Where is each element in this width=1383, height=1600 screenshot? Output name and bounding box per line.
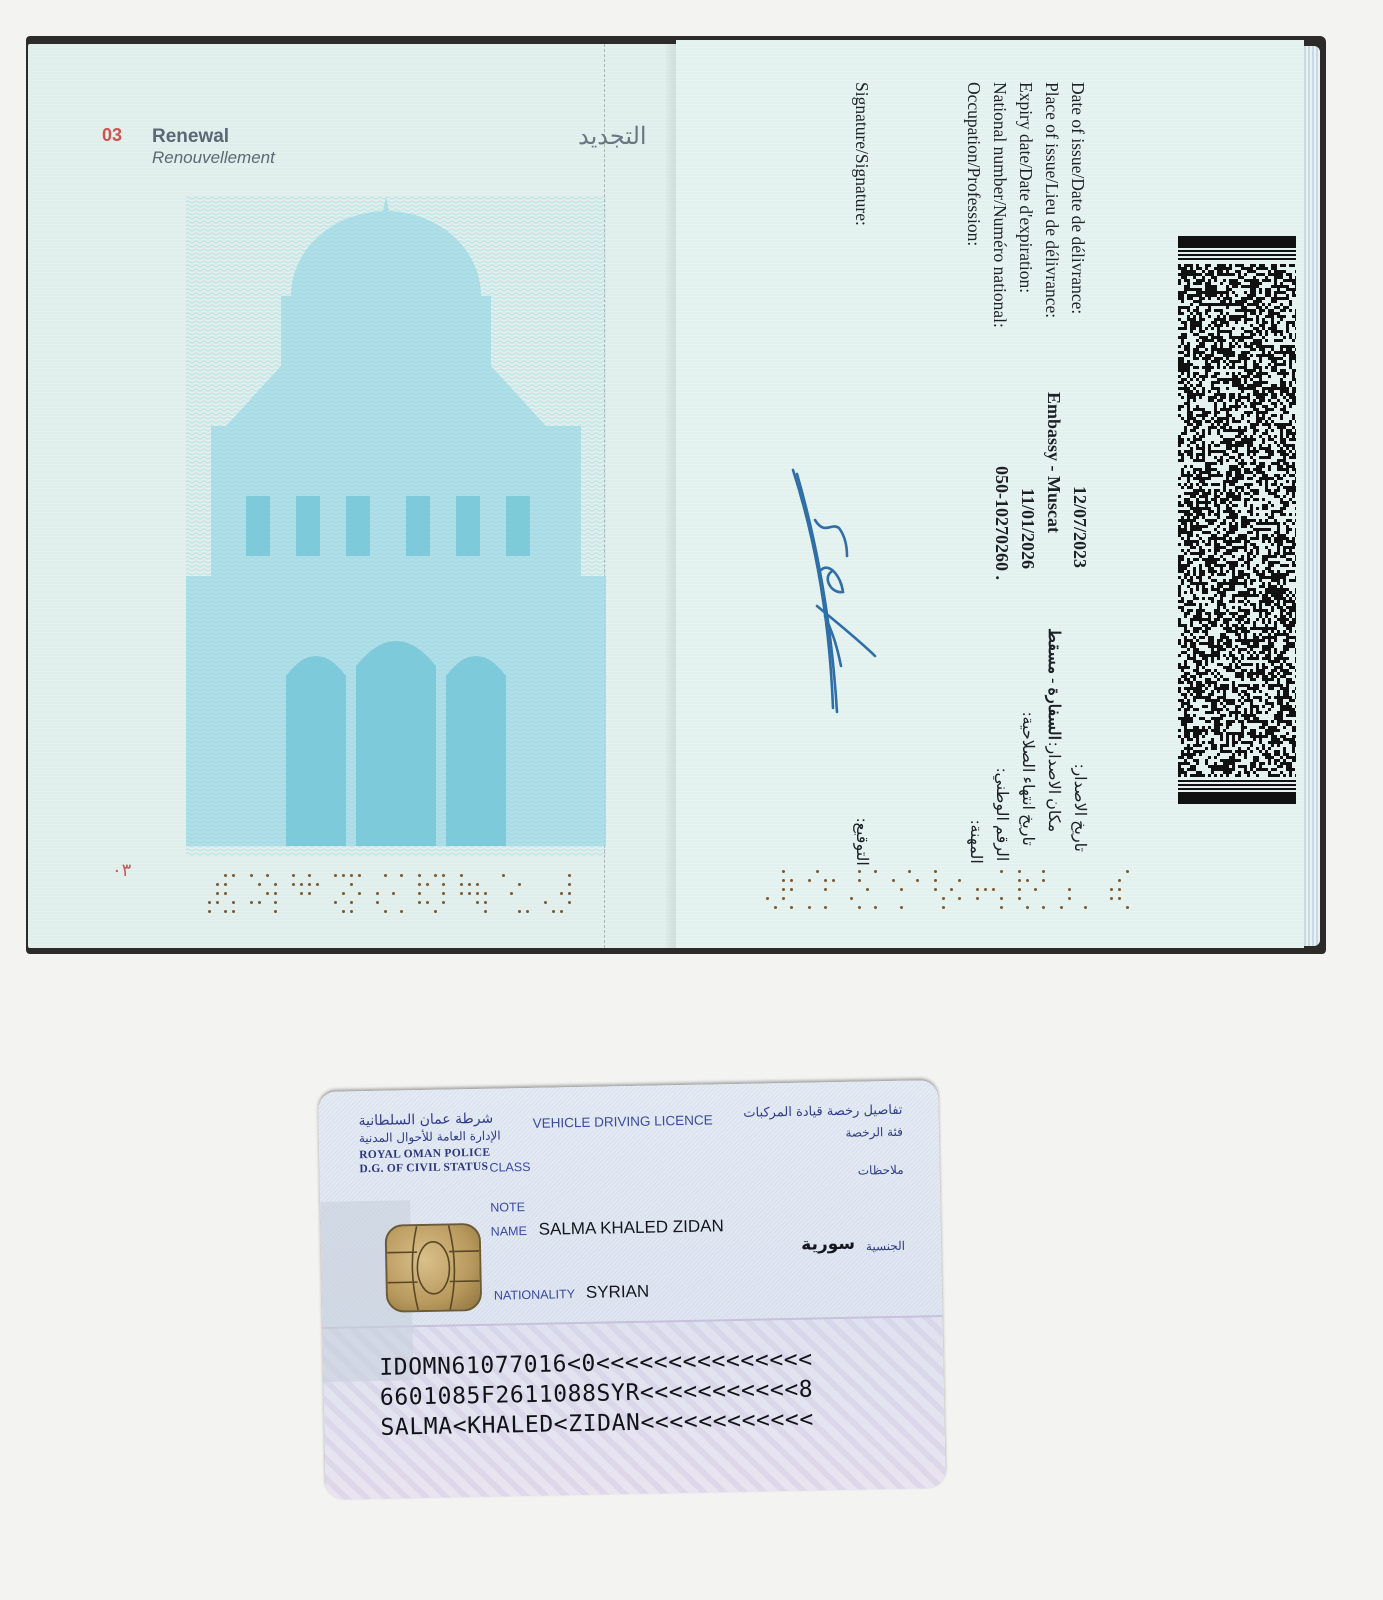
holder-name: SALMA KHALED ZIDAN bbox=[538, 1216, 724, 1240]
machine-readable-zone: IDOMN61077016<0<<<<<<<<<<<<<<< 6601085F2… bbox=[379, 1345, 814, 1443]
authority-department: D.G. OF CIVIL STATUS bbox=[359, 1161, 488, 1175]
field-label-occupation-arabic: المهنة: bbox=[966, 820, 986, 864]
class-label: CLASS bbox=[489, 1160, 530, 1175]
field-value-national-number: 050-10270260 . bbox=[991, 466, 1012, 580]
card-title: VEHICLE DRIVING LICENCE bbox=[532, 1112, 712, 1130]
signature-label-arabic: التوقيع: bbox=[852, 818, 872, 866]
page-title: Renewal bbox=[152, 126, 229, 148]
passport-renewal-spread: 03 Renewal Renouvellement التجديد ٠٣ bbox=[26, 36, 1326, 956]
field-label-expiry-date-arabic: تاريخ انتهاء الصلاحية: bbox=[1018, 712, 1038, 846]
field-value-place-of-issue-arabic: السفارة - مسقط bbox=[1044, 628, 1064, 740]
authority-name-arabic: شرطة عمان السلطانية bbox=[358, 1111, 493, 1130]
field-value-place-of-issue: Embassy - Muscat bbox=[1043, 392, 1064, 533]
perforated-serial-right bbox=[766, 870, 1134, 910]
field-label-occupation: Occupation/Profession: bbox=[963, 82, 984, 246]
nationality-label: NATIONALITY bbox=[494, 1287, 575, 1303]
class-label-arabic: فئة الرخصة bbox=[845, 1125, 903, 1140]
page-subtitle: Renouvellement bbox=[152, 148, 275, 168]
page-title-arabic: التجديد bbox=[578, 122, 647, 151]
field-value-expiry-date: 11/01/2026 bbox=[1017, 488, 1038, 569]
nationality-value: SYRIAN bbox=[586, 1282, 650, 1303]
holder-signature bbox=[781, 466, 891, 716]
authority-name: ROYAL OMAN POLICE bbox=[359, 1147, 490, 1162]
field-label-date-of-issue: Date of issue/Date de délivrance: bbox=[1067, 82, 1088, 314]
page-number: 03 bbox=[102, 125, 122, 146]
pdf417-barcode bbox=[1178, 236, 1296, 804]
field-label-date-of-issue-arabic: تاريخ الاصدار: bbox=[1070, 764, 1090, 852]
field-value-date-of-issue: 12/07/2023 bbox=[1069, 486, 1090, 568]
field-label-place-of-issue: Place of issue/Lieu de délivrance: bbox=[1041, 82, 1062, 318]
card-title-arabic: تفاصيل رخصة قيادة المركبات bbox=[743, 1103, 902, 1121]
page-edges bbox=[1304, 46, 1320, 946]
field-label-national-number-arabic: الرقم الوطني: bbox=[992, 768, 1012, 861]
note-label: NOTE bbox=[490, 1200, 525, 1215]
field-label-national-number: National number/Numéro national: bbox=[989, 82, 1010, 328]
smart-chip-icon bbox=[385, 1223, 483, 1313]
mosque-watermark-illustration bbox=[186, 196, 606, 856]
signature-label: Signature/Signature: bbox=[851, 82, 872, 226]
nationality-value-arabic: سورية bbox=[801, 1234, 855, 1255]
perforated-serial-left bbox=[208, 874, 576, 914]
field-label-place-of-issue-arabic: مكان الاصدار: bbox=[1044, 742, 1064, 832]
name-label: NAME bbox=[491, 1224, 527, 1239]
nationality-label-arabic: الجنسية bbox=[866, 1239, 905, 1254]
driving-licence-card: شرطة عمان السلطانية الإدارة العامة للأحو… bbox=[318, 1080, 946, 1500]
note-label-arabic: ملاحظات bbox=[858, 1163, 904, 1178]
field-label-expiry-date: Expiry date/Date d'expiration: bbox=[1015, 82, 1036, 293]
page-number-arabic: ٠٣ bbox=[112, 860, 131, 881]
authority-department-arabic: الإدارة العامة للأحوال المدنية bbox=[359, 1129, 501, 1146]
